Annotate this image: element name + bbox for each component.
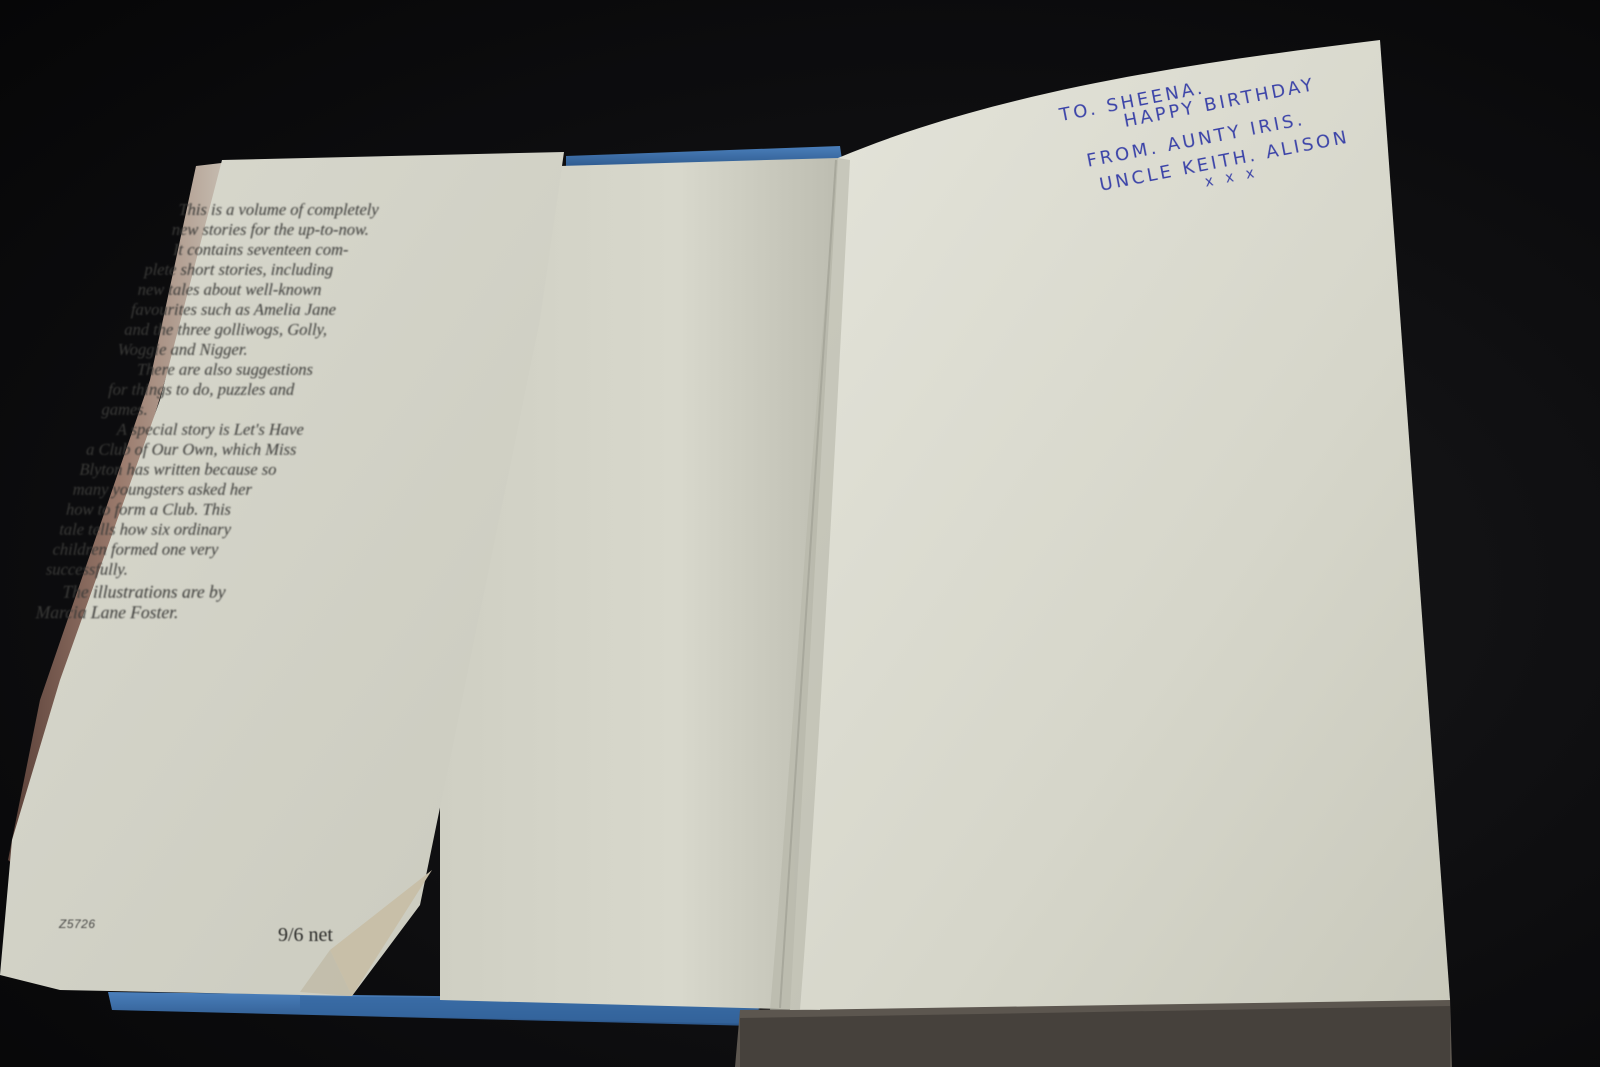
blurb-line: This is a volume of completely xyxy=(157,200,498,220)
blurb-line: Marcia Lane Foster. xyxy=(13,602,484,622)
photo-scene: This is a volume of completely new stori… xyxy=(0,0,1600,1067)
blurb-line: and the three golliwogs, Golly, xyxy=(102,320,493,340)
blurb-line: A special story is Let's Have xyxy=(95,420,490,440)
blurb-line: children formed one very xyxy=(31,540,486,560)
blurb-line: many youngsters asked her xyxy=(51,480,488,500)
blurb-line: tale tells how six ordinary xyxy=(37,520,486,540)
catalogue-code: Z5726 xyxy=(59,917,96,931)
blurb-line: Woggie and Nigger. xyxy=(96,340,493,360)
blurb-line: There are also suggestions xyxy=(115,360,492,380)
blurb-line: It contains seventeen com- xyxy=(151,240,496,260)
blurb-line: a Club of Our Own, which Miss xyxy=(64,440,489,460)
blurb-line: favourites such as Amelia Jane xyxy=(109,300,494,320)
blurb-line: new tales about well-known xyxy=(116,280,495,300)
blurb-line: plete short stories, including xyxy=(123,260,496,280)
jacket-blurb: This is a volume of completely new stori… xyxy=(143,200,498,622)
blurb-line: new stories for the up-to-now. xyxy=(150,220,497,240)
blurb-line: games. xyxy=(80,400,491,420)
blurb-line: for things to do, puzzles and xyxy=(86,380,491,400)
blurb-line: The illustrations are by xyxy=(39,582,484,602)
blurb-line: how to form a Club. This xyxy=(44,500,487,520)
blurb-line: Blyton has written because so xyxy=(58,460,489,480)
price-label: 9/6 net xyxy=(278,924,333,947)
blurb-line: successfully. xyxy=(24,560,485,580)
